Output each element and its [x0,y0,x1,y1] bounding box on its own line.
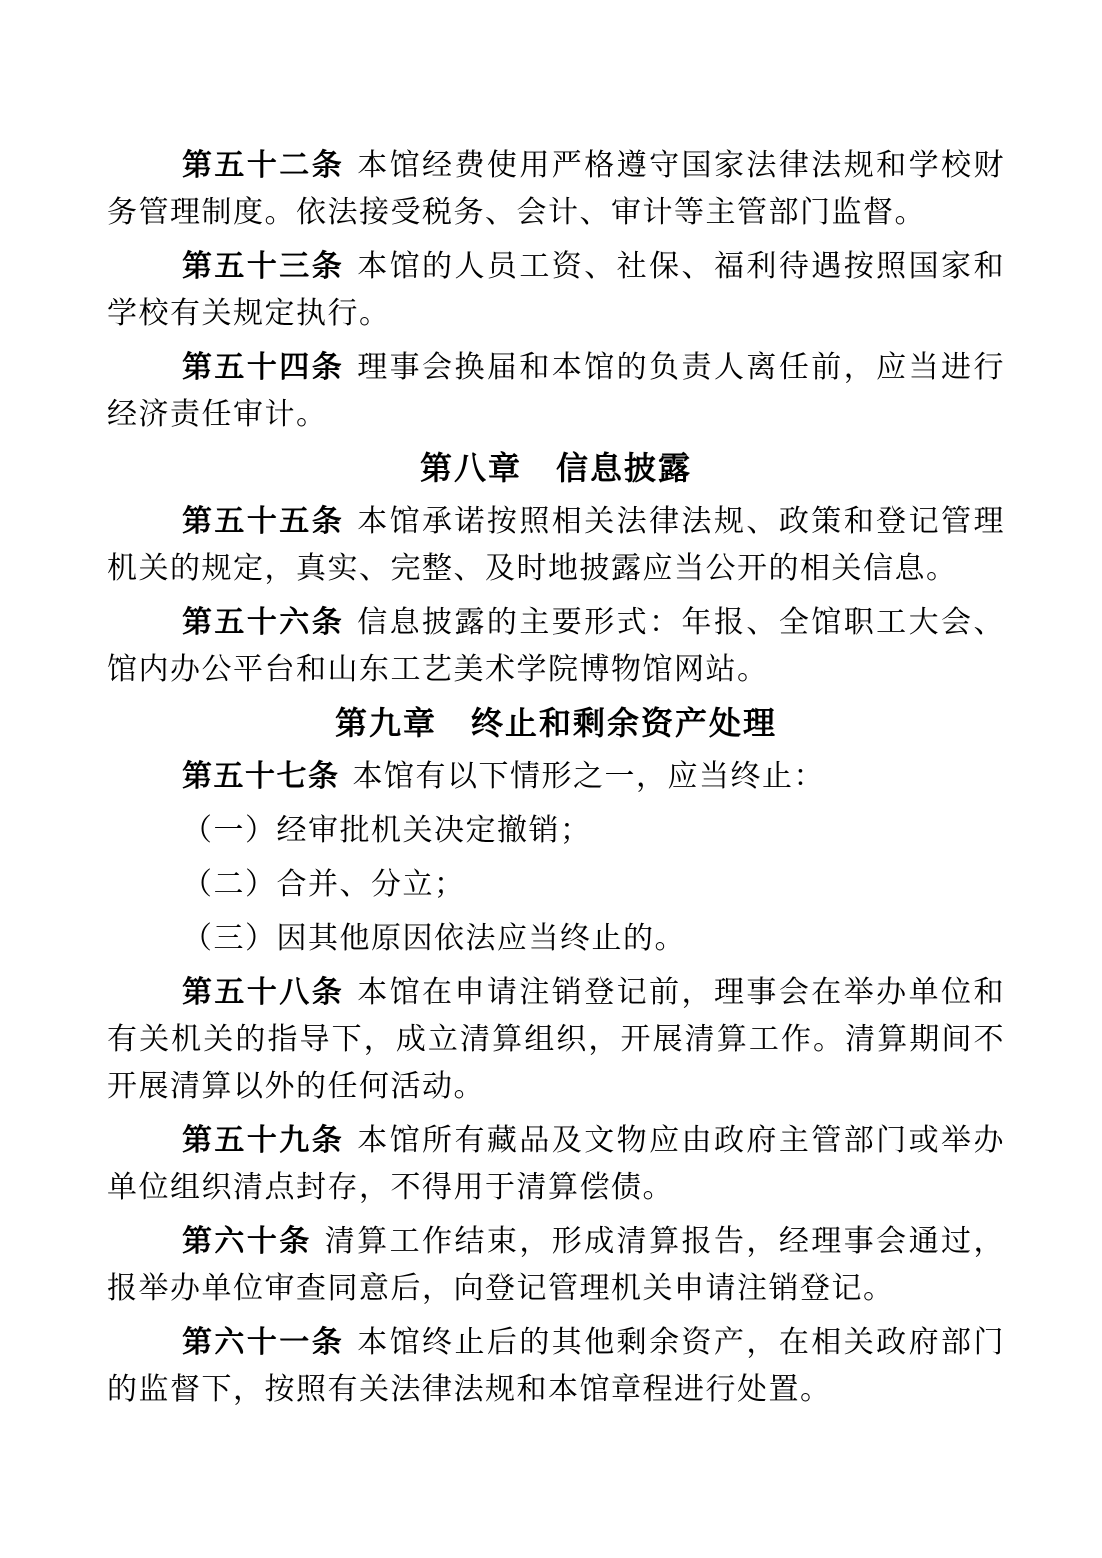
article-paragraph: 第五十六条信息披露的主要形式：年报、全馆职工大会、馆内办公平台和山东工艺美术学院… [107,599,1005,693]
article-text: （三）因其他原因依法应当终止的。 [182,922,686,955]
article-number: 第五十五条 [182,505,344,538]
article-number: 第五十七条 [182,760,340,793]
article-paragraph: 第五十四条理事会换届和本馆的负责人离任前，应当进行经济责任审计。 [107,344,1005,438]
article-paragraph: 第六十条清算工作结束，形成清算报告，经理事会通过，报举办单位审查同意后，向登记管… [107,1218,1005,1312]
article-text: （二）合并、分立； [182,868,466,901]
article-number: 第五十二条 [182,149,344,182]
article-number: 第六十一条 [182,1326,344,1359]
article-number: 第六十条 [182,1225,312,1258]
article-paragraph: 第五十三条本馆的人员工资、社保、福利待遇按照国家和学校有关规定执行。 [107,243,1005,337]
clause-item: （三）因其他原因依法应当终止的。 [107,915,1005,962]
article-text: 本馆有以下情形之一，应当终止： [353,760,826,793]
chapter-heading: 第八章 信息披露 [107,445,1005,492]
article-paragraph: 第五十九条本馆所有藏品及文物应由政府主管部门或举办单位组织清点封存，不得用于清算… [107,1117,1005,1211]
clause-item: （一）经审批机关决定撤销； [107,807,1005,854]
article-number: 第五十三条 [182,250,344,283]
article-number: 第五十九条 [182,1124,344,1157]
article-paragraph: 第五十五条本馆承诺按照相关法律法规、政策和登记管理机关的规定，真实、完整、及时地… [107,498,1005,592]
article-paragraph: 第五十七条本馆有以下情形之一，应当终止： [107,753,1005,800]
article-text: （一）经审批机关决定撤销； [182,814,592,847]
chapter-heading: 第九章 终止和剩余资产处理 [107,700,1005,747]
article-number: 第五十四条 [182,351,344,384]
article-paragraph: 第五十二条本馆经费使用严格遵守国家法律法规和学校财务管理制度。依法接受税务、会计… [107,142,1005,236]
document-content: 第五十二条本馆经费使用严格遵守国家法律法规和学校财务管理制度。依法接受税务、会计… [107,142,1005,1420]
document-page: 第五十二条本馆经费使用严格遵守国家法律法规和学校财务管理制度。依法接受税务、会计… [0,0,1102,1558]
article-number: 第五十八条 [182,976,344,1009]
article-paragraph: 第六十一条本馆终止后的其他剩余资产，在相关政府部门的监督下，按照有关法律法规和本… [107,1319,1005,1413]
article-number: 第五十六条 [182,606,344,639]
article-paragraph: 第五十八条本馆在申请注销登记前，理事会在举办单位和有关机关的指导下，成立清算组织… [107,969,1005,1110]
clause-item: （二）合并、分立； [107,861,1005,908]
